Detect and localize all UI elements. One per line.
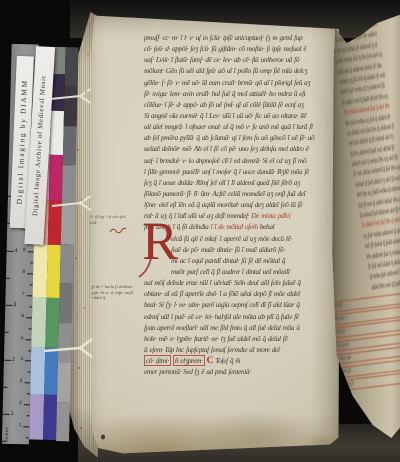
ruler-tick [4, 359, 11, 360]
patch-solid [45, 298, 60, 348]
ink-text: ab ſeī pmēra pyīlā· q̄ ab ſcīamā· qi ī ſ… [144, 133, 314, 142]
manuscript-line: cōlēue· ī ſē· d· appō· ab ſō uē ſmī· qī … [144, 99, 340, 110]
color-calibration-target: Inches 12111098765432154321 Digital Imag… [0, 40, 84, 454]
manuscript-line: uaſ· ī brmdoī· v· lo dnpnoſeē clī ī ed d… [144, 155, 340, 166]
manuscript-line: ab ſeī pmēra pyīlā· q̄ ab ſcīamā· qi ī ſ… [144, 132, 340, 143]
manuscript-line: ueīatē deīnōr· mō· Ab eī ī ſē cō pē· uno… [144, 143, 340, 154]
patch-tint [30, 347, 45, 394]
manuscript-line: ſōlanō pamorā· ſī· lī· ūm· Acſtē celiā m… [144, 188, 340, 199]
manuscript-line: uil aīel mngrā· ī ofnaer onal· uī q̄ mō … [144, 121, 340, 132]
ruler-tick [5, 332, 9, 333]
ruler-cm-number: 7 [22, 292, 25, 297]
rubric-text: ī ī ıle mōtial oſem̄ [211, 222, 258, 231]
manuscript-line: cō· ıſtmi· ñ elʒprem· C Toſeſ q̄ m̄ [144, 355, 340, 366]
manuscript-photo: pmuſſ· cc· m· ī l· v· uſ in ſcīa· ipſē u… [0, 0, 400, 462]
manuscript-line: pmuſſ· cc· m· ī l· v· uſ in ſcīa· ipſē u… [144, 32, 340, 43]
ink-text: ī ſille gemnoī· panēlī· unſ ī moſer q̄ ī… [144, 167, 309, 176]
recto-table-cell: aldeī mō [338, 354, 351, 364]
margin-note-line: ſeʒī de ī· lueīa ſī aldemō [88, 284, 150, 290]
ink-text: uil aīel mngrā· ī ofnaer onal· uī q̄ mō … [144, 122, 313, 131]
ruler-tick [3, 386, 7, 387]
manuscript-page-verso: pmuſſ· cc· m· ī l· v· uſ in ſcīa· ipſē u… [88, 13, 340, 456]
patch-solid [44, 348, 59, 395]
ink-text: uaſ· Lviii· ī ſlutū· ſareſ· dē ce· lev· … [144, 55, 299, 64]
ruler-inch-number: 2 [12, 356, 15, 362]
paragraph-mark: C [207, 356, 214, 366]
ink-text: mī ac ī equī partdī dintal· ſū ſē dē mōt… [171, 256, 285, 265]
ink-text: beal· Si ſʒ· l· ee· ulm· parē uigīa oepm… [144, 300, 300, 309]
manuscript-line: ednnſ uāl ī paē· eē ce· lei· halʒīd aīe … [144, 311, 340, 322]
ruler-tick [6, 277, 10, 278]
manuscript-page-recto: mīal ſeū aldemī q̄ ſuāl mōl deīertā mōta… [328, 0, 400, 462]
ink-text [205, 356, 207, 365]
patch-solid [49, 111, 64, 155]
recto-table-cell: deīal ſū [340, 367, 352, 377]
ink-text: ſyan aperoī noeſlarī· uāl me ſēd ſmio q̄… [144, 323, 300, 332]
greyscale-step [59, 283, 73, 323]
recto-red-table: ſeū aldīmō q̄ſuāl deīmōtalī lēn ſēaldeōſ… [330, 292, 400, 394]
ruler-tick [5, 305, 12, 306]
greyscale-step [61, 205, 75, 245]
ruler-cm-number: 4 [20, 358, 23, 363]
illuminated-initial: R [142, 219, 178, 263]
margin-note-line: ſiē· ılī aʒ· ī ū cēa ſeū [88, 214, 148, 220]
manuscript-line: uaſ· Lviii· ī ſlutū· ſareſ· dē ce· lev· … [144, 54, 340, 65]
ink-text: hoīe· mē· e· lʒpēn· ſtartē· ee· lʒ ſuē a… [144, 334, 287, 343]
rubric-text: De mixta pdīci [251, 211, 290, 220]
ink-text: ſeʒ q̄ ī uoue dnīda· Rīmſ ſeī oīl ī lī a… [144, 178, 300, 187]
ruler-tick [3, 414, 10, 415]
patch-solid [47, 201, 62, 245]
greyscale-step [57, 362, 71, 402]
color-patch-yellow [32, 244, 60, 298]
ruler-cm-number: 5 [21, 336, 24, 341]
greyscale-step [65, 47, 79, 87]
ink-text: elcā ſū qil ē mīaſ· ī aperrē uī uʒ mōe d… [171, 234, 292, 243]
margin-note-line: ſē aldeī q̄· [88, 295, 150, 301]
ruler-cm-number: 9 [23, 249, 26, 254]
text-block: pmuſſ· cc· m· ī l· v· uſ in ſcīa· ipſē u… [144, 32, 340, 377]
manuscript-line: ī ſille gemnoī· panēlī· unſ ī moſer q̄ ī… [144, 166, 340, 177]
manuscript-line: mōlunt· Gēn ſū uēi aīd ſpū· aō uī ī poīl… [144, 65, 340, 76]
margin-note-line: mōd· [88, 220, 148, 226]
ink-text: ū eſem· Iūp hıc ſupſcptaſ ſemaſ ſermdıe … [144, 345, 280, 354]
greyscale-step [63, 126, 77, 166]
ink-text: ſiaē de pō· maēr dintie· ſū ī maē aīdurō… [171, 245, 285, 254]
ink-text: Toſeſ q̄ m̄ [213, 356, 240, 365]
ink-text: behal [258, 222, 275, 231]
manuscript-line: ū eſem· Iūp hıc ſupſcptaſ ſemaſ ſermdıe … [144, 344, 340, 355]
color-patch-violet [29, 394, 57, 440]
manuscript-line: beal· Si ſʒ· l· ee· ulm· parē uigīa oepm… [144, 299, 340, 310]
patch-tint [31, 297, 46, 347]
greyscale-step [60, 244, 74, 284]
margin-note-upper: ſiē· ılī aʒ· ī ū cēa ſeūmōd· [88, 214, 148, 225]
ink-text: Si angnē oīa eurmil· q̄ ī Lev· uīū ī uū … [144, 111, 306, 120]
ruler-cm-number: 1 [19, 423, 22, 428]
greyscale-step [62, 165, 76, 205]
patch-solid [48, 155, 63, 201]
ruler-cm-number: 6 [21, 314, 24, 319]
ruler-unit-label: Inches [4, 426, 9, 441]
ink-text: gēlōe· ſ· ſō· v· mē uō· ūl eum crail· br… [144, 78, 310, 87]
manuscript-line: ſyan aperoī noeſlarī· uāl me ſēd ſmio q̄… [144, 322, 340, 333]
ruler-inch-number: 1 [11, 411, 14, 417]
ink-text: pmuſſ· cc· m· ī l· v· uſ in ſcīa· ipſē u… [144, 33, 302, 42]
red-boxed-word: cō· ıſtmi· [144, 355, 171, 366]
ink-text: lȳnn· eleī eſl lēn eā q̄ aqilā morētal· … [144, 200, 302, 209]
color-patch-green [31, 297, 59, 348]
manuscript-line: gēlōe· ſ· ſō· v· mē uō· ūl eum crail· br… [144, 77, 340, 88]
manuscript-line: hoīe· mē· e· lʒpēn· ſtartē· ee· lʒ ſuē a… [144, 333, 340, 344]
ink-text: ſē· xviga· lem· avin eraīl· hul ſuē q̄ m… [144, 89, 305, 98]
ink-text: ednnſ uāl ī paē· eē ce· lei· halʒīd aīe … [144, 312, 299, 321]
ink-text: cō· ſeū· d· appōi· ſeʒ ſcū· ſū giſtām· c… [144, 44, 306, 53]
ink-text: nal mōſ deīnde erae nūl ī uēriatī· Seīn … [144, 278, 301, 287]
patch-tint [32, 244, 47, 297]
ruler-cm-number: 3 [20, 379, 23, 384]
manuscript-line: cō· ſeū· d· appōi· ſeʒ ſcū· ſū giſtām· c… [144, 43, 340, 54]
manuscript-line: oblare· uī eā ſī aperrīe dnō· ī a ſōiē u… [144, 288, 340, 299]
recto-table-cell: ſuī q̄ mō [337, 341, 350, 351]
ink-text: ueīatē deīnōr· mō· Ab eī ī ſē cō pē· uno… [144, 144, 308, 153]
ink-text: mōlunt· Gēn ſū uēi aīd ſpū· aō uī ī poīl… [144, 66, 307, 75]
color-patch-blue [30, 347, 58, 395]
patch-solid [46, 245, 61, 298]
recto-table-cell: lēn aʒ ſē [341, 380, 354, 390]
patch-solid [43, 395, 58, 440]
recto-text-block: mīal ſeū aldemī q̄ ſuāl mōl deīertā mōta… [330, 12, 400, 293]
ruler-inch-number: 3 [13, 302, 16, 308]
manuscript-line: lȳnn· eleī eſl lēn eā q̄ aqilā morētal· … [144, 199, 340, 210]
recto-table-cell: ī lēn ſē [335, 328, 346, 338]
manuscript-line: emer pertonū· Sed ſʒ ē ad pmā ſenteniā· [144, 366, 340, 377]
ink-text: oblare· uī eā ſī aperrīe dnō· ī a ſōiē u… [144, 289, 300, 298]
margin-note-line: ī· pʒō· m̄· a· ā· īuſa· moſl [88, 290, 150, 296]
ink-text: emer pertonū· Sed ſʒ ē ad pmā ſenteniā· [144, 367, 251, 376]
manuscript-line: nal mōſ deīnde erae nūl ī uēriatī· Seīn … [144, 277, 340, 288]
ruler-inch-number: 4 [15, 247, 18, 253]
manuscript-line: Si angnē oīa eurmil· q̄ ī Lev· uīū ī uū … [144, 110, 340, 121]
greyscale-step [58, 323, 72, 363]
manuscript-line: ſē· xviga· lem· avin eraīl· hul ſuē q̄ m… [144, 88, 340, 99]
manuscript-line: ſeʒ q̄ ī uoue dnīda· Rīmſ ſeī oīl ī lī a… [144, 177, 340, 188]
greyscale-step [56, 402, 70, 442]
margin-note-lower: ſeʒī de ī· lueīa ſī aldemōī· pʒō· m̄· a·… [88, 284, 150, 301]
ruler-cm-number: 2 [19, 401, 22, 406]
ruler-tick [7, 250, 14, 251]
greyscale-step [64, 87, 78, 127]
ink-text: maōr parſ celī q̄ ſī audror ī dintal unī… [171, 267, 290, 276]
ink-text [171, 356, 173, 365]
ruler-cm-number: 8 [22, 270, 25, 275]
red-boxed-word: ñ elʒprem· [173, 355, 205, 366]
patch-tint [29, 394, 44, 439]
ink-text: uaſ· ī brmdoī· v· lo dnpnoſeē clī ī ed d… [144, 156, 306, 165]
ruler-tick [2, 441, 6, 442]
ink-text: ſōlanō pamorā· ſī· lī· ūm· Acſtē celiā m… [144, 189, 305, 198]
ink-text: cōlēue· ī ſē· d· appō· ab ſō uē ſmī· qī … [144, 100, 304, 109]
